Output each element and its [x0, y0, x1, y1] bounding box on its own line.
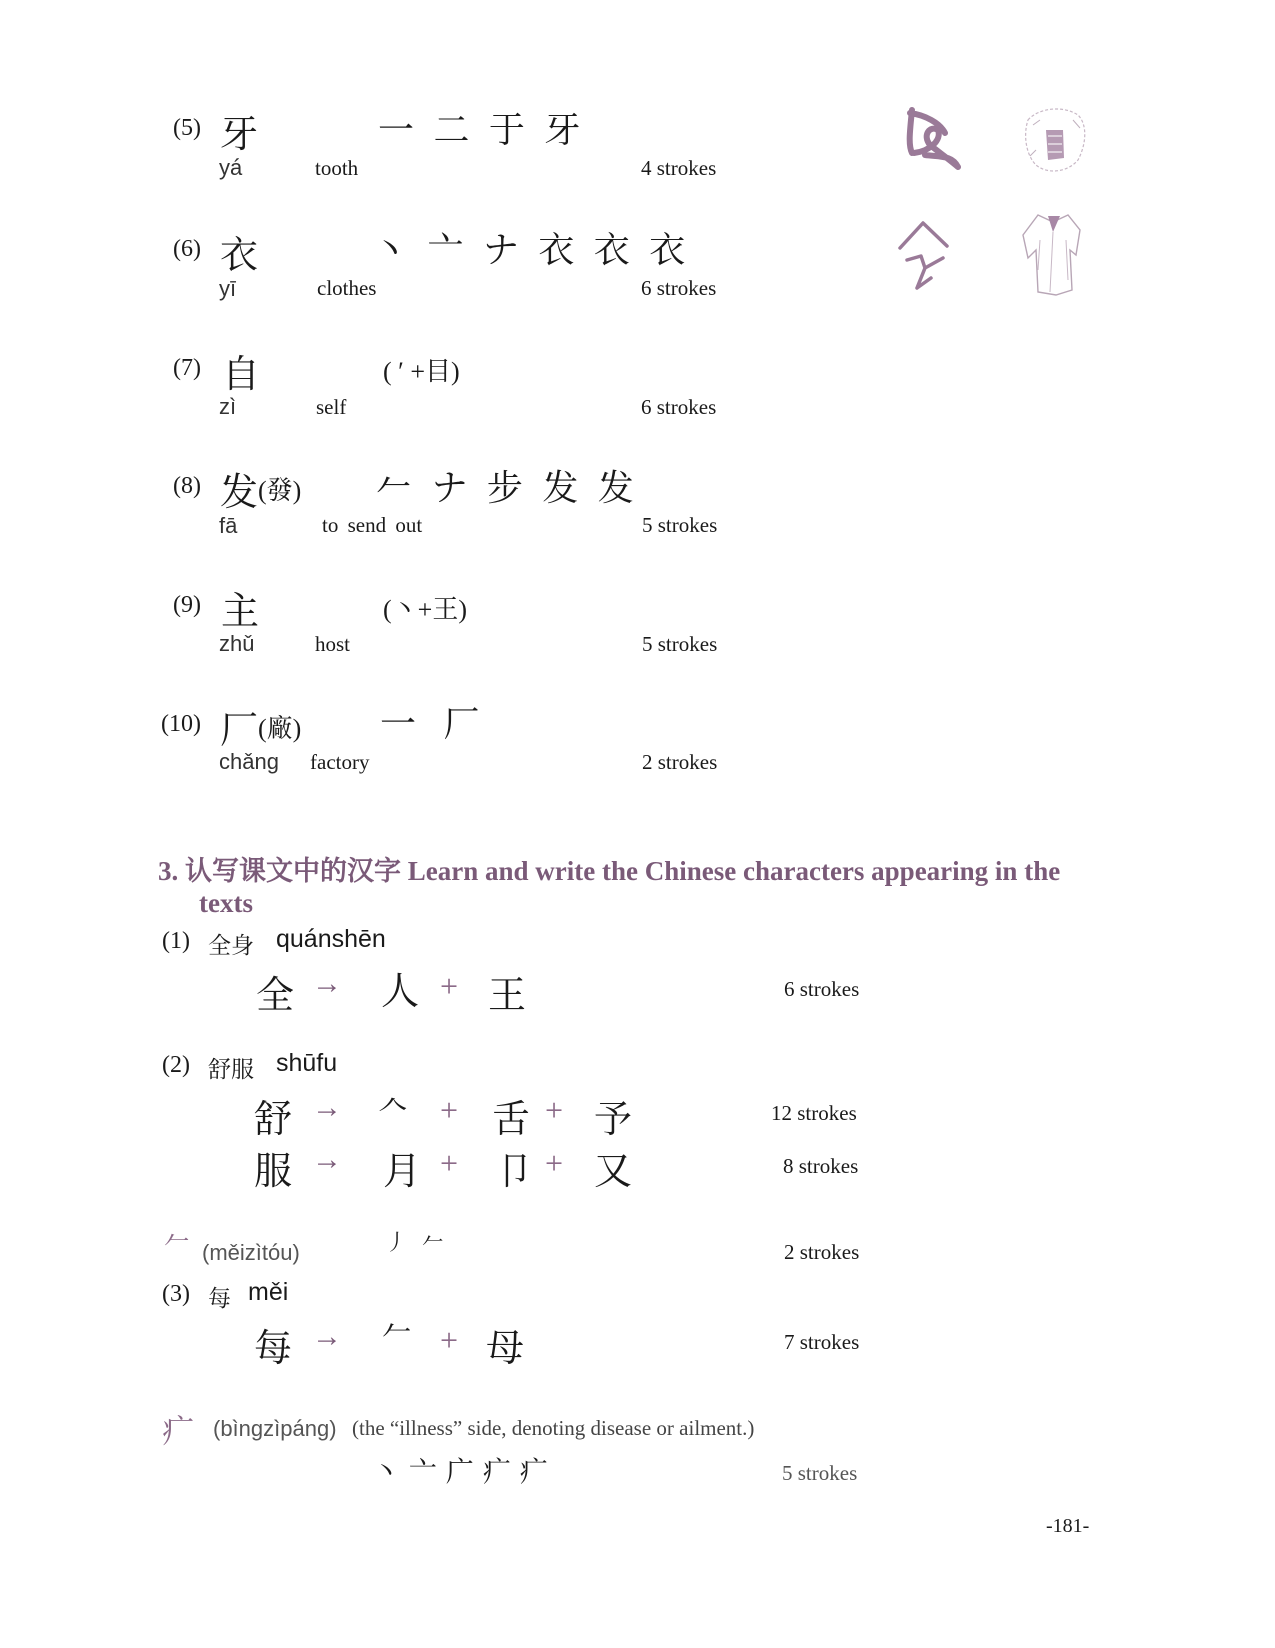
entry-number: (9) — [173, 592, 201, 619]
decomp-part: 予 — [594, 1088, 632, 1143]
entry-meaning: factory — [310, 750, 369, 775]
plus-icon: + — [545, 1145, 563, 1182]
radical-description: (the “illness” side, denoting disease or… — [352, 1416, 754, 1441]
entry-traditional: (廠) — [258, 708, 301, 745]
stroke-count: 6 strokes — [784, 977, 859, 1002]
yi-clothes-drawing-icon — [1018, 210, 1088, 300]
decomp-part: 舌 — [492, 1088, 530, 1143]
section-3-heading-cont: texts — [199, 888, 253, 919]
ya-oracle-glyph-icon — [900, 105, 965, 175]
stroke-count: 6 strokes — [641, 276, 716, 301]
decomp-part: 人 — [381, 960, 419, 1015]
stroke-count: 12 strokes — [771, 1101, 857, 1126]
item-number: (1) — [162, 928, 190, 955]
entry-character: 发 — [220, 461, 258, 516]
entry-components: (丶+王) — [383, 589, 467, 626]
decomp-part: 𠂉 — [382, 1308, 412, 1352]
decomp-char: 服 — [254, 1140, 292, 1195]
stroke-order: 丿 𠂉 — [385, 1226, 448, 1257]
entry-meaning: to send out — [322, 513, 422, 538]
item-word: 每 — [208, 1280, 231, 1313]
plus-icon: + — [545, 1092, 563, 1129]
arrow-icon: → — [312, 1320, 342, 1354]
entry-number: (6) — [173, 236, 201, 263]
arrow-icon: → — [312, 1143, 342, 1177]
yi-oracle-glyph-icon — [895, 218, 955, 293]
stroke-order: 一 厂 — [380, 696, 483, 747]
radical-glyph: 𠂉 — [164, 1222, 190, 1259]
decomp-part: 卩 — [495, 1140, 533, 1195]
decomp-part: 𠆢 — [378, 1082, 408, 1126]
stroke-count: 5 strokes — [642, 513, 717, 538]
entry-character: 厂 — [220, 699, 258, 754]
entry-pinyin: zì — [219, 394, 236, 420]
stroke-count: 6 strokes — [641, 395, 716, 420]
stroke-count: 8 strokes — [783, 1154, 858, 1179]
entry-meaning: clothes — [317, 276, 376, 301]
stroke-order: 𠂉 ナ 步 发 发 — [376, 460, 638, 511]
plus-icon: + — [440, 968, 458, 1005]
arrow-icon: → — [312, 1091, 342, 1125]
entry-pinyin: yī — [219, 276, 236, 302]
decomp-char: 全 — [256, 964, 294, 1019]
stroke-count: 7 strokes — [784, 1330, 859, 1355]
item-pinyin: shūfu — [276, 1049, 337, 1078]
radical-name: (bìngzìpáng) — [213, 1416, 337, 1442]
decomp-char: 舒 — [254, 1088, 292, 1143]
entry-character: 衣 — [220, 224, 258, 279]
entry-number: (8) — [173, 473, 201, 500]
plus-icon: + — [440, 1322, 458, 1359]
entry-meaning: self — [316, 395, 346, 420]
section-3-heading: 3. 认写课文中的汉字 Learn and write the Chinese … — [158, 849, 1060, 888]
entry-character: 牙 — [220, 103, 258, 158]
radical-glyph: 疒 — [162, 1406, 194, 1452]
stroke-order: 一 二 于 牙 — [378, 102, 584, 153]
item-number: (3) — [162, 1281, 190, 1308]
plus-icon: + — [440, 1092, 458, 1129]
stroke-count: 5 strokes — [782, 1461, 857, 1486]
entry-components: ( ′ +目) — [383, 351, 460, 388]
item-word: 舒服 — [208, 1051, 254, 1084]
entry-meaning: host — [315, 632, 350, 657]
decomp-part: 又 — [594, 1140, 632, 1195]
item-number: (2) — [162, 1052, 190, 1079]
item-pinyin: měi — [248, 1278, 288, 1307]
item-word: 全身 — [208, 927, 254, 960]
entry-traditional: (發) — [258, 470, 301, 507]
stroke-count: 2 strokes — [642, 750, 717, 775]
entry-character: 自 — [222, 343, 260, 398]
item-pinyin: quánshēn — [276, 925, 386, 954]
page-number: -181- — [1046, 1515, 1089, 1538]
stroke-count: 2 strokes — [784, 1240, 859, 1265]
entry-number: (7) — [173, 355, 201, 382]
entry-number: (5) — [173, 115, 201, 142]
entry-pinyin: yá — [219, 155, 242, 181]
entry-pinyin: zhǔ — [219, 631, 254, 657]
stroke-order: 丶 亠 ナ 衣 衣 衣 — [372, 222, 689, 273]
entry-meaning: tooth — [315, 156, 358, 181]
decomp-part: 王 — [488, 964, 526, 1019]
decomp-char: 每 — [254, 1317, 292, 1372]
ya-tooth-drawing-icon — [1018, 100, 1093, 180]
arrow-icon: → — [312, 967, 342, 1001]
entry-number: (10) — [161, 711, 201, 738]
radical-name: (měizìtóu) — [202, 1240, 300, 1266]
entry-pinyin: fā — [219, 513, 237, 539]
stroke-count: 5 strokes — [642, 632, 717, 657]
stroke-order: 丶 亠 广 疒 疒 — [372, 1450, 548, 1490]
decomp-part: 月 — [383, 1140, 421, 1195]
decomp-part: 母 — [486, 1317, 524, 1372]
stroke-count: 4 strokes — [641, 156, 716, 181]
entry-pinyin: chǎng — [219, 749, 279, 775]
entry-character: 主 — [221, 580, 259, 635]
plus-icon: + — [440, 1145, 458, 1182]
